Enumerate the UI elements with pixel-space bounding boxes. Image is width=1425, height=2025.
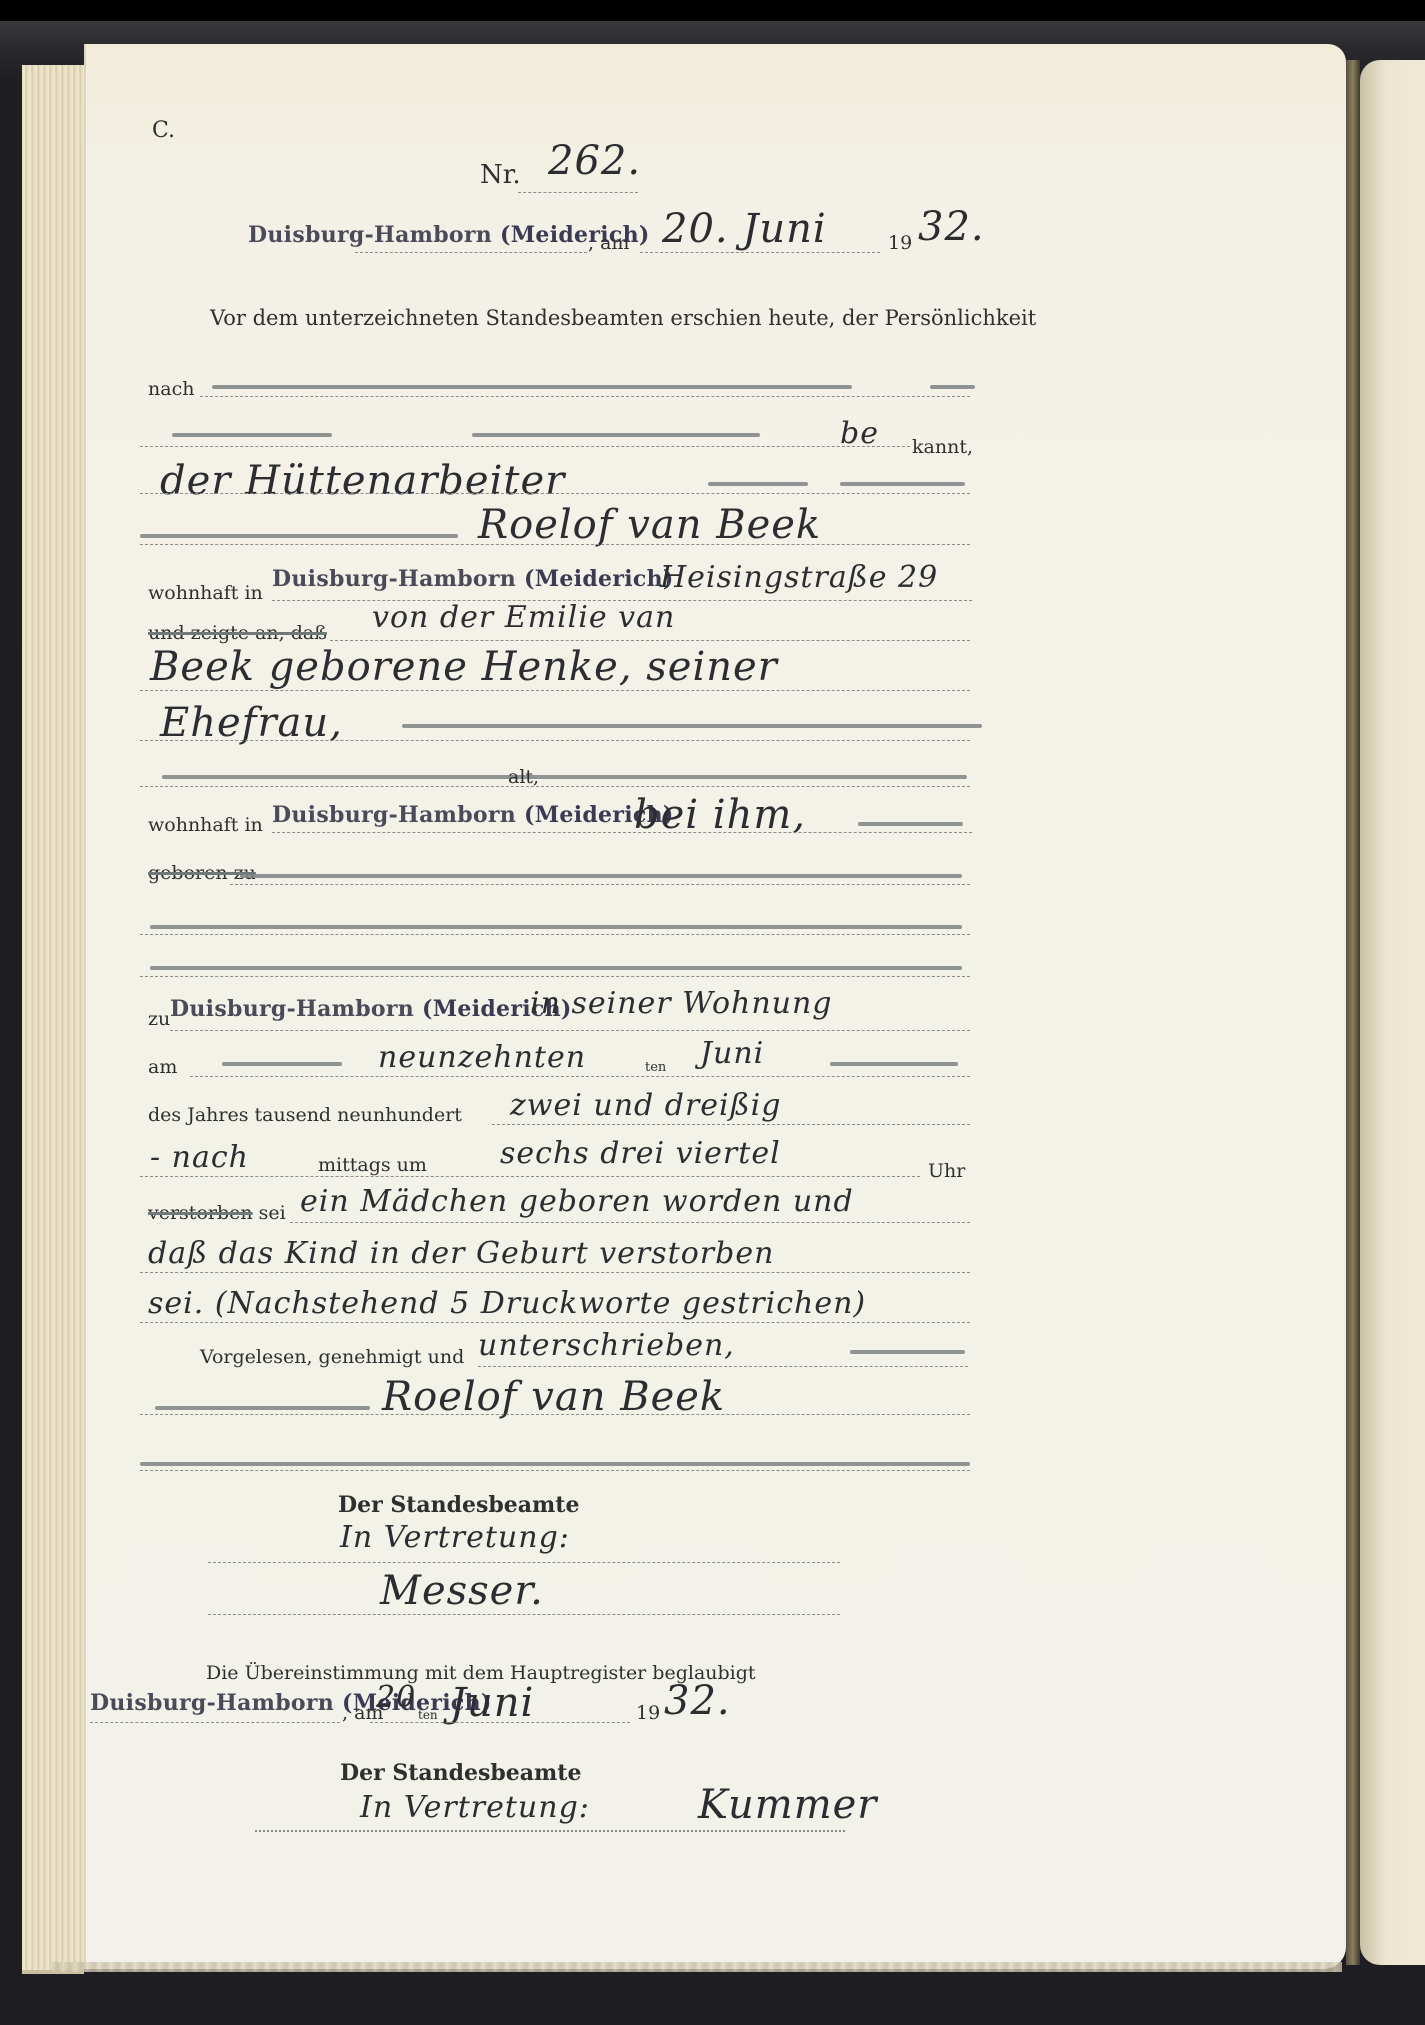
sei-text: sei — [259, 1202, 286, 1224]
mother-line-2: Beek geborene Henke, seiner — [150, 644, 778, 690]
cert-year-prefix: 19 — [636, 1702, 660, 1724]
event-day: neunzehnten — [378, 1040, 586, 1075]
date-prefix: , am — [588, 232, 629, 254]
declarant-address: Heisingstraße 29 — [660, 560, 938, 595]
page-stack-edge — [22, 65, 84, 1974]
strike-rule — [240, 874, 962, 878]
dotline — [140, 786, 970, 787]
dotline — [330, 640, 970, 641]
place-stamp-name: Duisburg-Hamborn — [248, 222, 492, 248]
declarant-name: Roelof van Beek — [478, 502, 821, 548]
am-label: am — [148, 1056, 177, 1078]
dotline — [290, 1222, 970, 1223]
geboren-label: geboren zu — [148, 862, 256, 884]
bekannt-hand: be — [840, 416, 879, 451]
cert-year: 32. — [664, 1678, 731, 1724]
declarant-occupation: der Hüttenarbeiter — [160, 458, 565, 504]
event-line-3: sei. (Nachstehend 5 Druckworte gestriche… — [148, 1286, 866, 1321]
dotline — [190, 1076, 970, 1077]
official-signature-1: Messer. — [380, 1568, 544, 1614]
strike-rule — [930, 385, 975, 389]
official-signature-2: Kummer — [698, 1782, 877, 1828]
unterschrieben-hand: unterschrieben, — [478, 1328, 735, 1363]
mother-residence-stamp: Duisburg-Hamborn (Meiderich) — [272, 802, 674, 828]
window-title-bar: /Abt_Rheinland/PA_3103/~061/06178/R_PA_3… — [0, 0, 1425, 21]
dotline — [170, 1030, 970, 1031]
zeigte-an-label: und zeigte an, daß — [148, 622, 327, 644]
dotline — [140, 976, 970, 977]
place-dotline — [355, 252, 587, 253]
dotline — [140, 1414, 970, 1415]
strike-rule — [858, 822, 963, 826]
bekannt-suffix: kannt, — [912, 436, 973, 458]
residence-stamp-name: Duisburg-Hamborn — [272, 566, 516, 592]
registration-date: 20. Juni — [662, 206, 827, 252]
number-dotline — [518, 192, 638, 193]
geboren-text: geboren zu — [148, 862, 256, 884]
dotline — [140, 493, 970, 494]
strike-rule — [212, 385, 852, 389]
dotline — [200, 396, 970, 397]
dotline — [140, 1272, 970, 1273]
strike-rule — [222, 1062, 342, 1066]
event-line-1: ein Mädchen geboren worden und — [300, 1184, 854, 1219]
cert-day-suffix: ten — [418, 1708, 438, 1722]
dotline — [370, 1722, 630, 1723]
official-deputy-1: In Vertretung: — [340, 1520, 570, 1555]
registration-year: 32. — [918, 204, 985, 250]
record-number: 262. — [548, 138, 641, 184]
strike-rule — [472, 433, 760, 437]
residence-stamp-district: (Meiderich) — [524, 566, 674, 592]
cert-place-stamp-name: Duisburg-Hamborn — [90, 1690, 334, 1716]
dotline — [140, 740, 970, 741]
event-time: sechs drei viertel — [500, 1136, 781, 1171]
dotline — [140, 934, 970, 935]
strike-rule — [140, 1462, 970, 1466]
nach-label: nach — [148, 378, 194, 400]
dotline — [140, 1322, 970, 1323]
event-location: in seiner Wohnung — [530, 986, 833, 1021]
year-prefix: 19 — [888, 232, 912, 254]
dotline — [140, 690, 970, 691]
jahres-label: des Jahres tausend neunhundert — [148, 1104, 462, 1126]
strike-rule — [850, 1350, 965, 1354]
strike-rule — [840, 482, 965, 486]
strike-rule — [172, 433, 332, 437]
alt-label: alt, — [508, 766, 539, 788]
event-place-stamp-name: Duisburg-Hamborn — [170, 996, 414, 1022]
cert-day: 20 — [376, 1680, 416, 1715]
dotline — [208, 1562, 840, 1563]
strike-rule — [150, 966, 962, 970]
dotline — [140, 544, 970, 545]
strike-rule — [140, 534, 458, 538]
section-letter: C. — [152, 118, 175, 143]
strike-rule — [402, 724, 982, 728]
intro-line: Vor dem unterzeichneten Standesbeamten e… — [210, 306, 1036, 330]
event-year-words-2: - nach — [150, 1140, 249, 1175]
dotline — [140, 1470, 970, 1471]
event-line-2: daß das Kind in der Geburt verstorben — [148, 1236, 774, 1271]
strike-rule — [150, 925, 962, 929]
vorgelesen-label: Vorgelesen, genehmigt und — [200, 1346, 464, 1368]
dotline — [272, 832, 972, 833]
mother-residence-stamp-name: Duisburg-Hamborn — [272, 802, 516, 828]
adjacent-page — [1360, 60, 1425, 1965]
event-place-stamp: Duisburg-Hamborn (Meiderich) — [170, 996, 572, 1022]
verstorben-text: verstorben — [148, 1202, 253, 1224]
mother-wohnhaft-label: wohnhaft in — [148, 814, 263, 836]
event-month: Juni — [700, 1036, 764, 1071]
dotline — [140, 446, 910, 447]
day-suffix: ten — [645, 1060, 666, 1075]
official-title-2: Der Standesbeamte — [340, 1760, 581, 1786]
event-year-words: zwei und dreißig — [510, 1088, 781, 1123]
strike-rule — [155, 1406, 370, 1410]
mother-line-1: von der Emilie van — [372, 600, 675, 635]
strike-rule — [830, 1062, 958, 1066]
residence-stamp: Duisburg-Hamborn (Meiderich) — [272, 566, 674, 592]
strike-rule — [708, 482, 808, 486]
uhr-label: Uhr — [928, 1160, 965, 1182]
number-label: Nr. — [480, 160, 521, 190]
dotline — [230, 884, 970, 885]
zu-label: zu — [148, 1008, 170, 1030]
official-deputy-2: In Vertretung: — [360, 1790, 590, 1825]
dotline — [492, 1124, 970, 1125]
zeigte-an-text: und zeigte an, daß — [148, 622, 327, 644]
cert-month: Juni — [450, 1680, 534, 1726]
wohnhaft-label: wohnhaft in — [148, 582, 263, 604]
dotline — [140, 1176, 920, 1177]
book-gutter — [1346, 60, 1360, 1965]
dotline — [90, 1722, 340, 1723]
dotline — [208, 1614, 840, 1615]
dotline — [255, 1830, 845, 1832]
strike-rule — [162, 775, 967, 779]
mittags-label: mittags um — [318, 1154, 427, 1176]
official-title-1: Der Standesbeamte — [338, 1492, 579, 1518]
dotline — [478, 1366, 968, 1367]
page-bottom-edge — [52, 1962, 1342, 1972]
date-dotline — [640, 252, 880, 253]
verstorben-label: verstorben sei — [148, 1202, 286, 1224]
